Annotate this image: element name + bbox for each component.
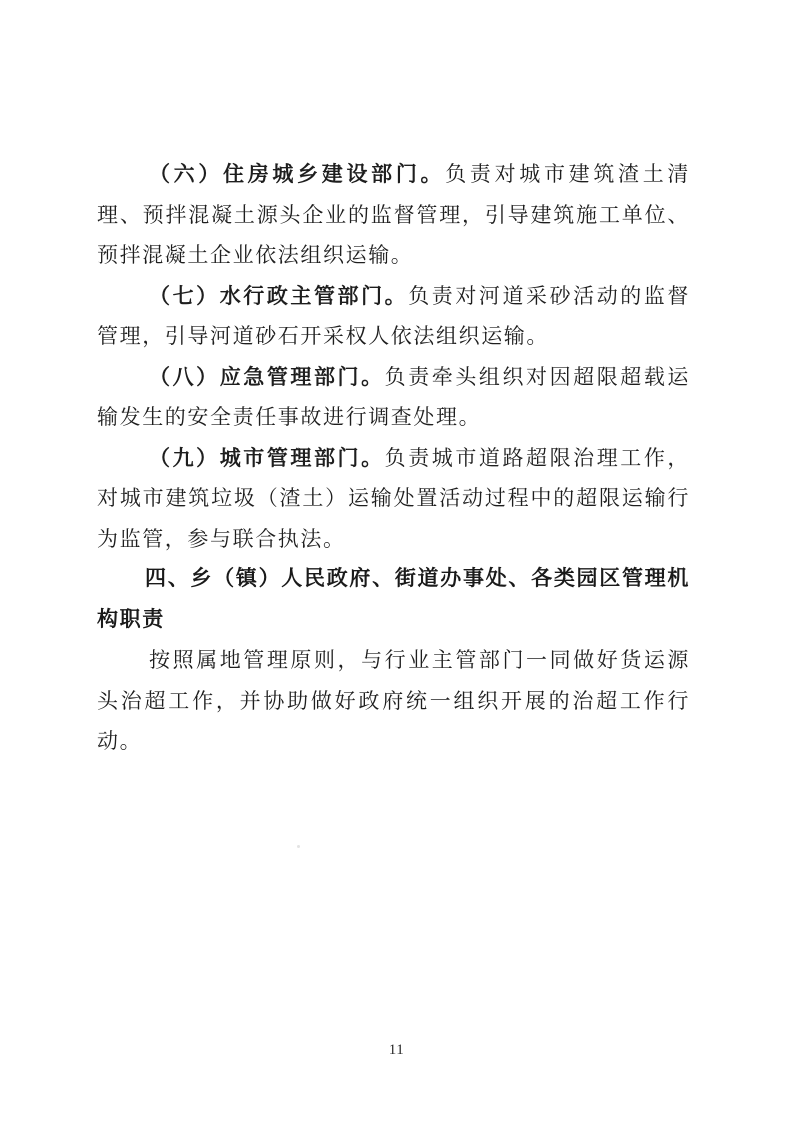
department-name-city-management: （九）城市管理部门。 — [149, 446, 385, 470]
duty-paragraph-9: （九）城市管理部门。负责城市道路超限治理工作，对城市建筑垃圾（渣土）运输处置活动… — [97, 438, 690, 560]
duty-paragraph-7: （七）水行政主管部门。负责对河道采砂活动的监督管理，引导河道砂石开采权人依法组织… — [97, 276, 690, 357]
document-body: （六）住房城乡建设部门。负责对城市建筑渣土清理、预拌混凝土源头企业的监督管理，引… — [97, 154, 690, 762]
section-heading: 四、乡（镇）人民政府、街道办事处、各类园区管理机构职责 — [97, 559, 690, 640]
department-name-emergency: （八）应急管理部门。 — [149, 365, 385, 389]
duty-paragraph-8: （八）应急管理部门。负责牵头组织对因超限超载运输发生的安全责任事故进行调查处理。 — [97, 357, 690, 438]
duty-paragraph-6: （六）住房城乡建设部门。负责对城市建筑渣土清理、预拌混凝土源头企业的监督管理，引… — [97, 154, 690, 276]
page-number: 11 — [0, 1042, 793, 1059]
department-name-housing: （六）住房城乡建设部门。 — [149, 162, 445, 186]
closing-paragraph: 按照属地管理原则，与行业主管部门一同做好货运源头治超工作，并协助做好政府统一组织… — [97, 640, 690, 762]
department-name-water: （七）水行政主管部门。 — [149, 284, 408, 308]
document-page: （六）住房城乡建设部门。负责对城市建筑渣土清理、预拌混凝土源头企业的监督管理，引… — [0, 0, 793, 1121]
scan-artifact-dot — [297, 845, 300, 848]
